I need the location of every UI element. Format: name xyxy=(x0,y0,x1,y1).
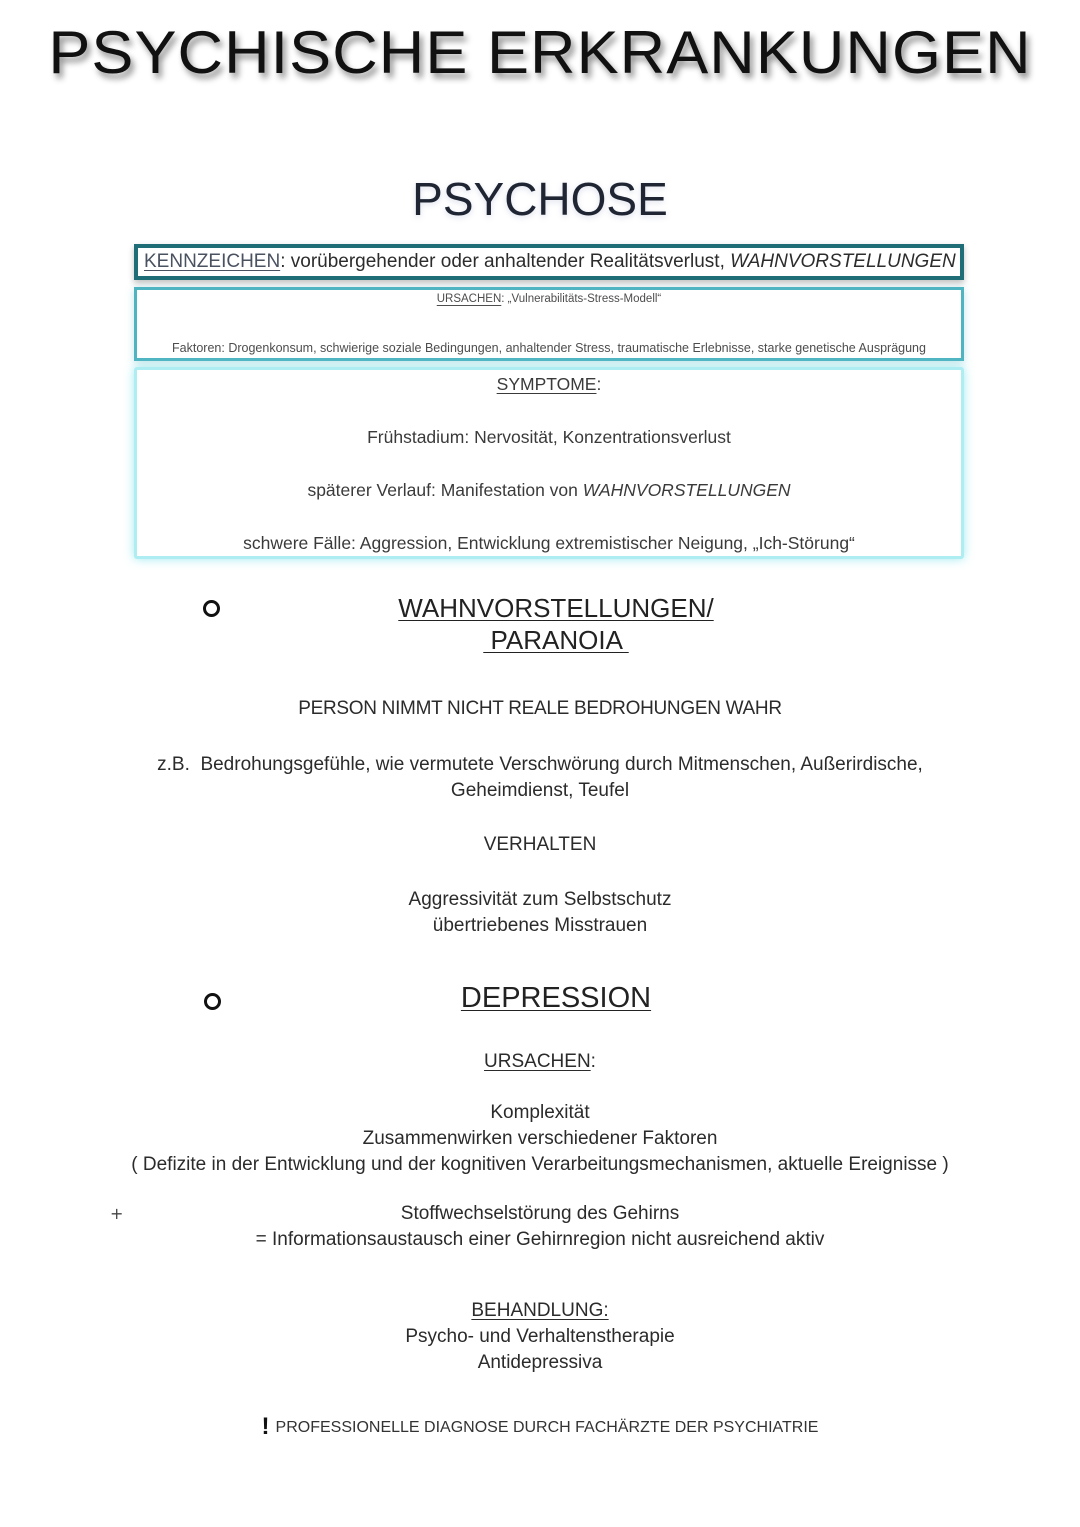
wahn-heading: WAHNVORSTELLUNGEN/ PARANOIA xyxy=(0,592,1080,656)
kennzeichen-text: vorübergehender oder anhaltender Realitä… xyxy=(291,251,730,272)
behandlung-item: Antidepressiva xyxy=(0,1350,1080,1376)
depression-ursachen-list: Komplexität Zusammenwirken verschiedener… xyxy=(0,1100,1080,1178)
depression-ursachen-heading: URSACHEN: xyxy=(0,1049,1080,1075)
stoffwechsel-block: Stoffwechselstörung des Gehirns = Inform… xyxy=(0,1201,1080,1253)
verhalten-label: VERHALTEN xyxy=(0,832,1080,858)
symptome-fruehstadium: Frühstadium: Nervosität, Konzentrationsv… xyxy=(137,427,961,448)
kennzeichen-emphasis: WAHNVORSTELLUNGEN xyxy=(730,251,956,272)
ursachen-faktoren: Faktoren: Drogenkonsum, schwierige sozia… xyxy=(137,341,961,355)
wahn-beispiel: z.B. Bedrohungsgefühle, wie vermutete Ve… xyxy=(0,752,1080,804)
wahn-definition: PERSON NIMMT NICHT REALE BEDROHUNGEN WAH… xyxy=(0,696,1080,722)
depression-title: DEPRESSION xyxy=(461,982,651,1014)
symptome-spaeter-emphasis: WAHNVORSTELLUNGEN xyxy=(583,480,791,500)
stoffwechsel-line: = Informationsaustausch einer Gehirnregi… xyxy=(0,1227,1080,1253)
symptome-box: SYMPTOME: Frühstadium: Nervosität, Konze… xyxy=(134,367,964,559)
kennzeichen-box: KENNZEICHEN: vorübergehender oder anhalt… xyxy=(134,244,964,280)
symptome-spaeter-prefix: späterer Verlauf: Manifestation von xyxy=(307,480,582,500)
kennzeichen-label: KENNZEICHEN xyxy=(144,251,280,272)
verhalten-item: übertriebenes Misstrauen xyxy=(0,913,1080,939)
depression-ursachen-label: URSACHEN xyxy=(484,1051,591,1072)
ursachen-box: URSACHEN: „Vulnerabilitäts-Stress-Modell… xyxy=(134,287,964,361)
wahn-beispiel-line1: z.B. Bedrohungsgefühle, wie vermutete Ve… xyxy=(0,752,1080,778)
ursachen-model: : „Vulnerabilitäts-Stress-Modell“ xyxy=(501,293,661,305)
stoffwechsel-line: Stoffwechselstörung des Gehirns xyxy=(0,1201,1080,1227)
symptome-heading: SYMPTOME: xyxy=(137,374,961,395)
wahn-title-line1: WAHNVORSTELLUNGEN/ xyxy=(398,593,713,623)
ursachen-heading: URSACHEN: „Vulnerabilitäts-Stress-Modell… xyxy=(137,293,961,305)
kennzeichen-sep: : xyxy=(280,251,291,272)
depression-heading: DEPRESSION xyxy=(0,982,1080,1015)
verhalten-item: Aggressivität zum Selbstschutz xyxy=(0,887,1080,913)
warning-note: !PROFESSIONELLE DIAGNOSE DURCH FACHÄRZTE… xyxy=(0,1413,1080,1441)
depression-ursache-line: ( Defizite in der Entwicklung und der ko… xyxy=(0,1152,1080,1178)
symptome-colon: : xyxy=(596,374,601,394)
exclamation-icon: ! xyxy=(262,1413,270,1440)
behandlung-block: BEHANDLUNG: Psycho- und Verhaltenstherap… xyxy=(0,1298,1080,1376)
behandlung-label: BEHANDLUNG: xyxy=(471,1300,608,1321)
warning-text: PROFESSIONELLE DIAGNOSE DURCH FACHÄRZTE … xyxy=(276,1419,819,1436)
depression-ursache-line: Zusammenwirken verschiedener Faktoren xyxy=(0,1126,1080,1152)
page-title: PSYCHISCHE ERKRANKUNGEN xyxy=(0,18,1080,87)
depression-ursachen-colon: : xyxy=(591,1051,596,1072)
symptome-label: SYMPTOME xyxy=(497,374,597,394)
ursachen-label: URSACHEN xyxy=(437,293,502,305)
depression-ursache-line: Komplexität xyxy=(0,1100,1080,1126)
symptome-spaeter: späterer Verlauf: Manifestation von WAHN… xyxy=(137,480,961,501)
wahn-beispiel-line2: Geheimdienst, Teufel xyxy=(0,778,1080,804)
verhalten-list: Aggressivität zum Selbstschutz übertrieb… xyxy=(0,887,1080,939)
psychose-heading: PSYCHOSE xyxy=(0,172,1080,226)
wahn-title-line2: PARANOIA xyxy=(483,625,628,655)
symptome-schwer: schwere Fälle: Aggression, Entwicklung e… xyxy=(137,533,961,554)
behandlung-item: Psycho- und Verhaltenstherapie xyxy=(0,1324,1080,1350)
